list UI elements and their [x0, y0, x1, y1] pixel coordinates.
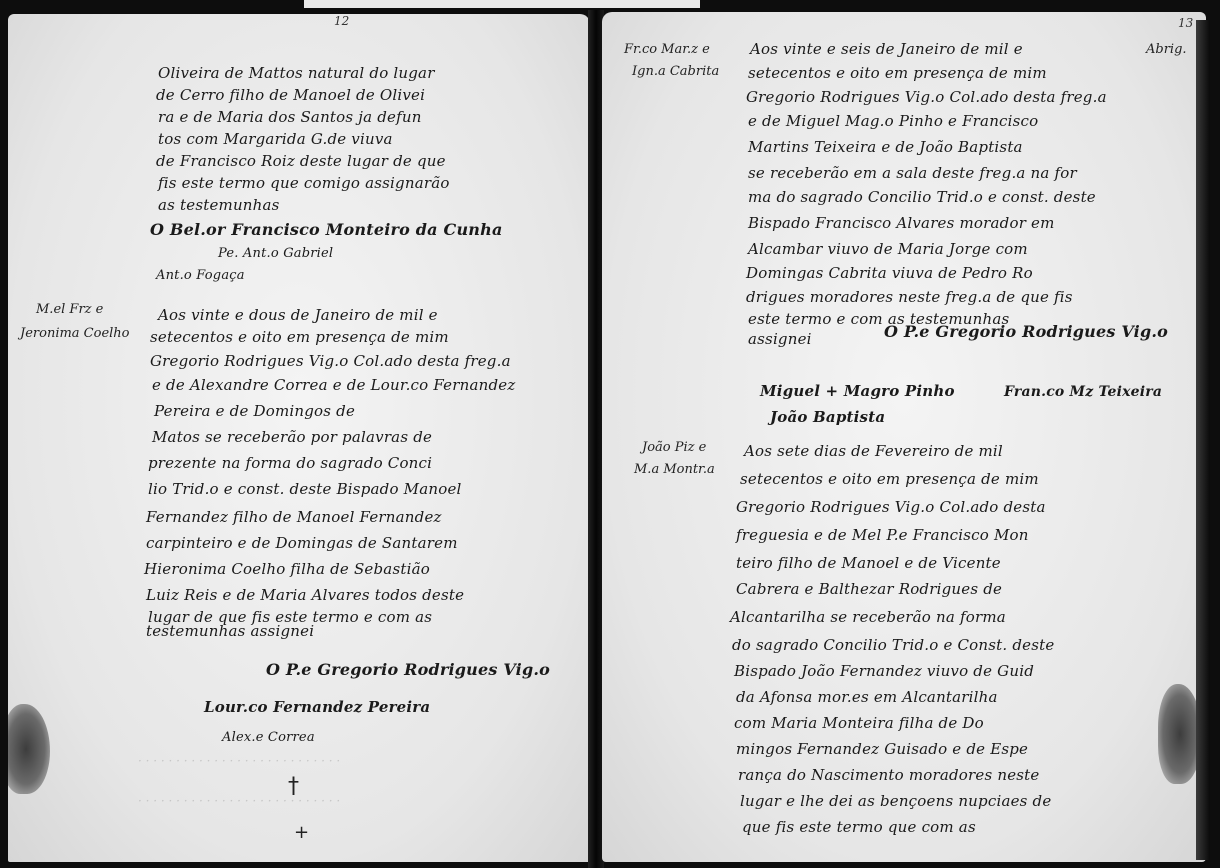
manuscript-line: de Cerro filho de Manoel de Olivei	[156, 86, 425, 104]
manuscript-line: Aos vinte e dous de Janeiro de mil e	[158, 306, 438, 324]
book-edge	[1196, 20, 1210, 860]
manuscript-line: Alcantarilha se receberão na forma	[730, 608, 1006, 626]
manuscript-line: prezente na forma do sagrado Conci	[148, 454, 432, 472]
manuscript-line: teiro filho de Manoel e de Vicente	[736, 554, 1001, 572]
folio-mark: 12	[334, 14, 349, 28]
water-stain	[8, 704, 50, 794]
margin-note: Fr.co Mar.z e	[624, 42, 710, 57]
margin-note: Jeronima Coelho	[20, 326, 130, 341]
officiant-signature: O P.e Gregorio Rodrigues Vig.o	[266, 660, 550, 679]
witness-signature: Fran.co Mz Teixeira	[1004, 384, 1162, 400]
folio-mark: 13	[1178, 16, 1193, 30]
manuscript-line: de Francisco Roiz deste lugar de que	[156, 152, 446, 170]
manuscript-line: Matos se receberão por palavras de	[152, 428, 432, 446]
manuscript-line: Gregorio Rodrigues Vig.o Col.ado desta f…	[150, 352, 511, 370]
scan-top-strip	[304, 0, 700, 8]
manuscript-line: as testemunhas	[158, 196, 280, 214]
officiant-signature: O Bel.or Francisco Monteiro da Cunha	[150, 220, 503, 239]
manuscript-line: ra e de Maria dos Santos ja defun	[158, 108, 422, 126]
witness-signature: Lour.co Fernandez Pereira	[204, 698, 430, 716]
witness-signature: Ant.o Fogaça	[156, 268, 245, 283]
manuscript-line: da Afonsa mor.es em Alcantarilha	[736, 688, 998, 706]
manuscript-line: do sagrado Concilio Trid.o e Const. dest…	[732, 636, 1054, 654]
manuscript-line: Gregorio Rodrigues Vig.o Col.ado desta	[736, 498, 1046, 516]
header-word: Abrig.	[1146, 42, 1187, 57]
manuscript-line: drigues moradores neste freg.a de que fi…	[746, 288, 1073, 306]
bleed-through-text: · · · · · · · · · · · · · · · · · · · · …	[138, 794, 340, 808]
manuscript-line: Gregorio Rodrigues Vig.o Col.ado desta f…	[746, 88, 1107, 106]
margin-note: M.el Frz e	[36, 302, 103, 317]
manuscript-line: se receberão em a sala deste freg.a na f…	[748, 164, 1077, 182]
right-page: 13 Abrig. Fr.co Mar.z e Ign.a Cabrita Ao…	[602, 12, 1206, 862]
cross-mark-icon: +	[294, 822, 309, 843]
manuscript-line: testemunhas assignei	[146, 622, 314, 640]
witness-signature: Pe. Ant.o Gabriel	[218, 246, 333, 261]
manuscript-line: lugar e lhe dei as bençoens nupciaes de	[740, 792, 1051, 810]
manuscript-line: setecentos e oito em presença de mim	[748, 64, 1047, 82]
manuscript-line: freguesia e de Mel P.e Francisco Mon	[736, 526, 1029, 544]
margin-note: Ign.a Cabrita	[632, 64, 719, 79]
manuscript-line: Oliveira de Mattos natural do lugar	[158, 64, 435, 82]
manuscript-line: Aos vinte e seis de Janeiro de mil e	[750, 40, 1023, 58]
manuscript-line: ma do sagrado Concilio Trid.o e const. d…	[748, 188, 1096, 206]
manuscript-line: tos com Margarida G.de viuva	[158, 130, 393, 148]
manuscript-line: Luiz Reis e de Maria Alvares todos deste	[146, 586, 464, 604]
manuscript-line: e de Alexandre Correa e de Lour.co Ferna…	[152, 376, 515, 394]
manuscript-line: Domingas Cabrita viuva de Pedro Ro	[746, 264, 1033, 282]
manuscript-line: com Maria Monteira filha de Do	[734, 714, 984, 732]
bleed-through-text: · · · · · · · · · · · · · · · · · · · · …	[138, 754, 340, 768]
manuscript-line: setecentos e oito em presença de mim	[740, 470, 1039, 488]
manuscript-line: Pereira e de Domingos de	[154, 402, 355, 420]
manuscript-line: e de Miguel Mag.o Pinho e Francisco	[748, 112, 1038, 130]
margin-note: M.a Montr.a	[634, 462, 715, 477]
witness-signature: Alex.e Correa	[222, 730, 315, 745]
witness-signature: Miguel + Magro Pinho	[760, 382, 955, 400]
manuscript-line: fis este termo que comigo assignarão	[158, 174, 450, 192]
manuscript-line: Hieronima Coelho filha de Sebastião	[144, 560, 430, 578]
manuscript-line: Bispado João Fernandez viuvo de Guid	[734, 662, 1034, 680]
manuscript-line: Cabrera e Balthezar Rodrigues de	[736, 580, 1002, 598]
manuscript-line: rança do Nascimento moradores neste	[738, 766, 1040, 784]
manuscript-line: Fernandez filho de Manoel Fernandez	[146, 508, 442, 526]
manuscript-line: lio Trid.o e const. deste Bispado Manoel	[148, 480, 462, 498]
left-page: 12 Oliveira de Mattos natural do lugar d…	[8, 14, 590, 862]
manuscript-line: Alcambar viuvo de Maria Jorge com	[748, 240, 1028, 258]
officiant-signature: O P.e Gregorio Rodrigues Vig.o	[884, 322, 1168, 341]
manuscript-line: carpinteiro e de Domingas de Santarem	[146, 534, 458, 552]
manuscript-line: setecentos e oito em presença de mim	[150, 328, 449, 346]
manuscript-line: que fis este termo que com as	[742, 818, 976, 836]
manuscript-line: Bispado Francisco Alvares morador em	[748, 214, 1055, 232]
manuscript-line: Aos sete dias de Fevereiro de mil	[744, 442, 1003, 460]
manuscript-line: mingos Fernandez Guisado e de Espe	[736, 740, 1028, 758]
manuscript-line: assignei	[748, 330, 812, 348]
witness-signature: João Baptista	[770, 408, 885, 426]
margin-note: João Piz e	[642, 440, 706, 455]
manuscript-line: Martins Teixeira e de João Baptista	[748, 138, 1023, 156]
